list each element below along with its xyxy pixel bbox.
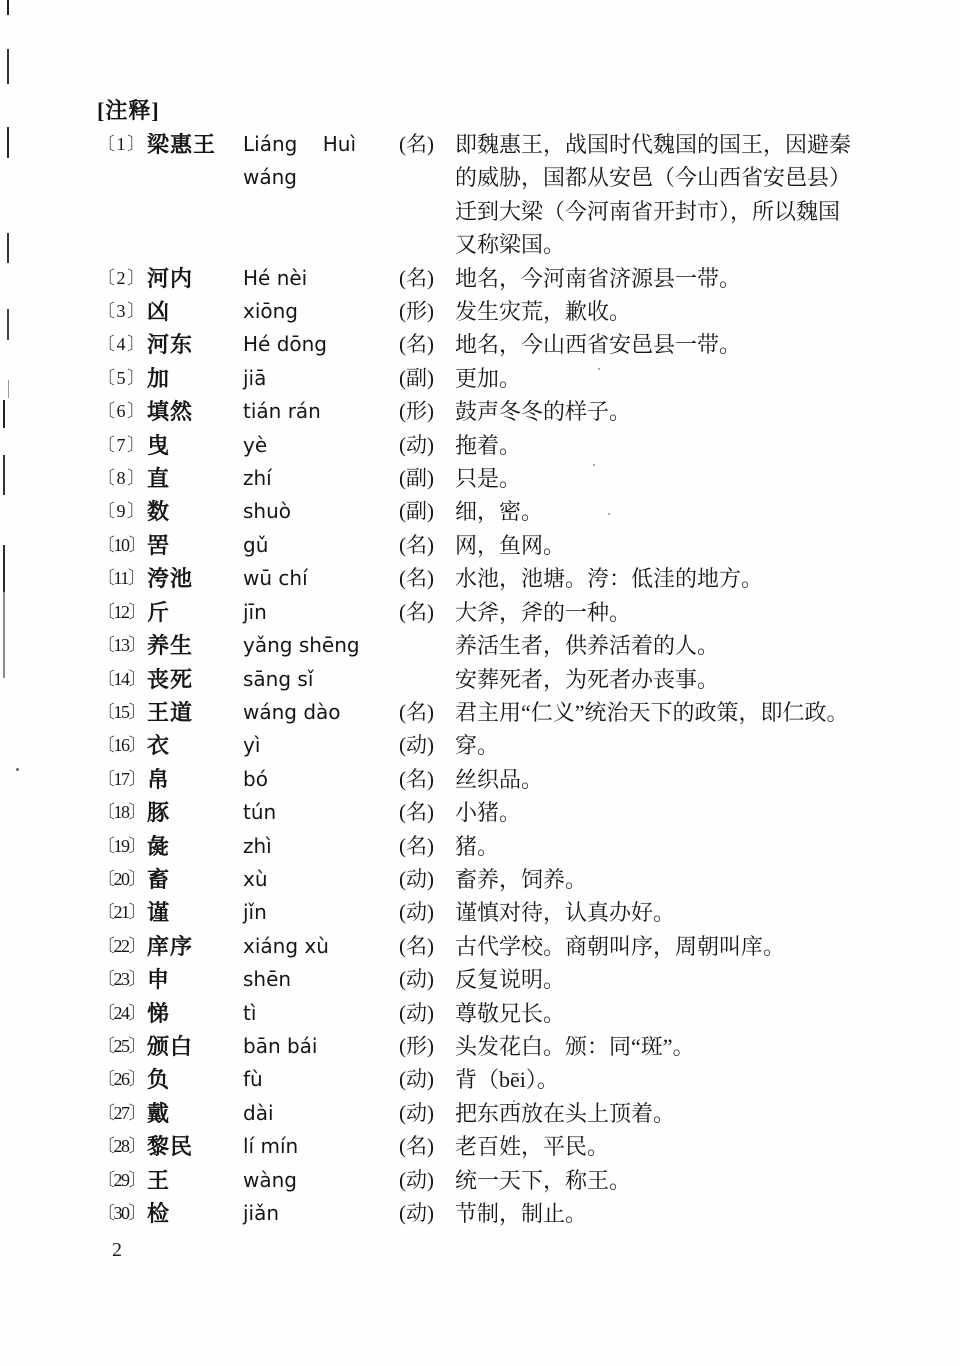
entry-headword: 洿池 bbox=[147, 562, 243, 595]
entry-number: 〔 2 〕 bbox=[97, 262, 147, 295]
entry-headword: 申 bbox=[147, 963, 243, 996]
entry-definition: 网，鱼网。 bbox=[455, 529, 855, 562]
entry-part-of-speech: (动) bbox=[399, 863, 455, 896]
entry-part-of-speech: (名) bbox=[399, 328, 455, 361]
scan-line-mark bbox=[7, 127, 9, 158]
vocabulary-entry-row: 〔23〕 申 shēn (动) 反复说明。 bbox=[97, 963, 863, 996]
entry-headword: 衣 bbox=[147, 729, 243, 762]
entry-pinyin: zhì bbox=[243, 830, 399, 863]
entry-pinyin: lí mín bbox=[243, 1130, 399, 1163]
entry-pinyin: xù bbox=[243, 863, 399, 896]
entry-pinyin: wáng dào bbox=[243, 696, 399, 729]
entry-number: 〔16〕 bbox=[97, 729, 147, 762]
entry-headword: 加 bbox=[147, 362, 243, 395]
entry-definition: 拖着。 bbox=[455, 429, 855, 462]
entry-number: 〔30〕 bbox=[97, 1197, 147, 1230]
vocabulary-entry-row: 〔 5 〕 加 jiā (副) 更加。 bbox=[97, 362, 863, 395]
entry-number: 〔20〕 bbox=[97, 863, 147, 896]
entry-definition: 更加。 bbox=[455, 362, 855, 395]
entry-pinyin: jīn bbox=[243, 596, 399, 629]
entry-part-of-speech: (名) bbox=[399, 830, 455, 863]
entry-part-of-speech: (名) bbox=[399, 763, 455, 796]
entry-pinyin: yǎng shēng bbox=[243, 629, 399, 662]
entry-part-of-speech: (动) bbox=[399, 896, 455, 929]
entry-headword: 颁白 bbox=[147, 1030, 243, 1063]
entry-number: 〔13〕 bbox=[97, 629, 147, 662]
scan-line-mark bbox=[3, 400, 5, 428]
entry-part-of-speech: (副) bbox=[399, 462, 455, 495]
scan-line-mark bbox=[7, 309, 9, 340]
vocabulary-entry-row: 〔12〕 斤 jīn (名) 大斧，斧的一种。 bbox=[97, 596, 863, 629]
entry-headword: 河内 bbox=[147, 262, 243, 295]
entry-headword: 数 bbox=[147, 495, 243, 528]
vocabulary-entry-row: 〔 3 〕 凶 xiōng (形) 发生灾荒，歉收。 bbox=[97, 295, 863, 328]
entry-definition: 背（bēi）。 bbox=[455, 1063, 855, 1096]
entry-part-of-speech: (名) bbox=[399, 529, 455, 562]
entry-definition: 安葬死者，为死者办丧事。 bbox=[455, 663, 855, 696]
vocabulary-entry-row: 〔18〕 豚 tún (名) 小猪。 bbox=[97, 796, 863, 829]
entry-number: 〔18〕 bbox=[97, 796, 147, 829]
entry-headword: 河东 bbox=[147, 328, 243, 361]
notes-section-header: [注释] bbox=[97, 94, 863, 128]
entry-part-of-speech: (形) bbox=[399, 395, 455, 428]
entry-pinyin: xiōng bbox=[243, 295, 399, 328]
entry-part-of-speech: (副) bbox=[399, 495, 455, 528]
scan-line-mark bbox=[7, 233, 9, 263]
entry-pinyin: jiǎn bbox=[243, 1197, 399, 1230]
scan-line-mark bbox=[3, 455, 5, 495]
scanned-textbook-page: [注释] 〔 1 〕 梁惠王 Liáng Huì wáng (名) 即魏惠王，战… bbox=[0, 0, 960, 1366]
entry-number: 〔24〕 bbox=[97, 997, 147, 1030]
entry-number: 〔29〕 bbox=[97, 1164, 147, 1197]
entry-headword: 斤 bbox=[147, 596, 243, 629]
entry-pinyin: bó bbox=[243, 763, 399, 796]
entry-number: 〔27〕 bbox=[97, 1097, 147, 1130]
entry-pinyin: bān bái bbox=[243, 1030, 399, 1063]
entry-part-of-speech: (副) bbox=[399, 362, 455, 395]
vocabulary-entry-row: 〔20〕 畜 xù (动) 畜养，饲养。 bbox=[97, 863, 863, 896]
entry-part-of-speech: (动) bbox=[399, 1063, 455, 1096]
vocabulary-entry-row: 〔10〕 罟 gǔ (名) 网，鱼网。 bbox=[97, 529, 863, 562]
entry-headword: 黎民 bbox=[147, 1130, 243, 1163]
entry-headword: 罟 bbox=[147, 529, 243, 562]
vocabulary-entry-row: 〔16〕 衣 yì (动) 穿。 bbox=[97, 729, 863, 762]
entry-number: 〔 8 〕 bbox=[97, 462, 147, 495]
entry-number: 〔22〕 bbox=[97, 930, 147, 963]
entry-pinyin: Hé dōng bbox=[243, 328, 399, 361]
entry-number: 〔 3 〕 bbox=[97, 295, 147, 328]
entry-definition: 猪。 bbox=[455, 830, 855, 863]
entry-number: 〔28〕 bbox=[97, 1130, 147, 1163]
entry-part-of-speech: (名) bbox=[399, 596, 455, 629]
entry-pinyin: tián rán bbox=[243, 395, 399, 428]
entry-definition: 尊敬兄长。 bbox=[455, 997, 855, 1030]
entry-pinyin: dài bbox=[243, 1097, 399, 1130]
entry-part-of-speech: (动) bbox=[399, 1097, 455, 1130]
scan-line-mark bbox=[8, 380, 9, 398]
vocabulary-entry-row: 〔13〕 养生 yǎng shēng 养活生者，供养活着的人。 bbox=[97, 629, 863, 662]
entry-number: 〔14〕 bbox=[97, 663, 147, 696]
entry-headword: 填然 bbox=[147, 395, 243, 428]
entry-headword: 戴 bbox=[147, 1097, 243, 1130]
entry-pinyin: shēn bbox=[243, 963, 399, 996]
vocabulary-entry-row: 〔 9 〕 数 shuò (副) 细，密。 bbox=[97, 495, 863, 528]
entry-headword: 彘 bbox=[147, 830, 243, 863]
entry-headword: 王 bbox=[147, 1164, 243, 1197]
entry-number: 〔12〕 bbox=[97, 596, 147, 629]
vocabulary-entry-row: 〔 1 〕 梁惠王 Liáng Huì wáng (名) 即魏惠王，战国时代魏国… bbox=[97, 128, 863, 262]
vocabulary-entry-row: 〔14〕 丧死 sāng sǐ 安葬死者，为死者办丧事。 bbox=[97, 663, 863, 696]
entry-pinyin: tún bbox=[243, 796, 399, 829]
entry-headword: 负 bbox=[147, 1063, 243, 1096]
entry-part-of-speech: (动) bbox=[399, 729, 455, 762]
entry-headword: 帛 bbox=[147, 763, 243, 796]
entry-number: 〔 9 〕 bbox=[97, 495, 147, 528]
entry-definition: 谨慎对待，认真办好。 bbox=[455, 896, 855, 929]
entry-headword: 庠序 bbox=[147, 930, 243, 963]
entry-pinyin: yì bbox=[243, 729, 399, 762]
vocabulary-entry-row: 〔30〕 检 jiǎn (动) 节制，制止。 bbox=[97, 1197, 863, 1230]
page-number: 2 bbox=[112, 1238, 122, 1262]
scan-line-mark bbox=[3, 592, 5, 678]
entry-part-of-speech: (名) bbox=[399, 262, 455, 295]
entry-number: 〔17〕 bbox=[97, 763, 147, 796]
vocabulary-entry-row: 〔 8 〕 直 zhí (副) 只是。 bbox=[97, 462, 863, 495]
vocabulary-entry-row: 〔 7 〕 曳 yè (动) 拖着。 bbox=[97, 429, 863, 462]
entry-headword: 丧死 bbox=[147, 663, 243, 696]
entry-part-of-speech: (形) bbox=[399, 295, 455, 328]
entry-definition: 丝织品。 bbox=[455, 763, 855, 796]
vocabulary-entry-row: 〔25〕 颁白 bān bái (形) 头发花白。颁：同“斑”。 bbox=[97, 1030, 863, 1063]
entry-pinyin: jǐn bbox=[243, 896, 399, 929]
vocabulary-entry-row: 〔24〕 悌 tì (动) 尊敬兄长。 bbox=[97, 997, 863, 1030]
entry-part-of-speech: (名) bbox=[399, 796, 455, 829]
entry-definition: 穿。 bbox=[455, 729, 855, 762]
entry-definition: 地名，今山西省安邑县一带。 bbox=[455, 328, 855, 361]
entry-definition: 细，密。 bbox=[455, 495, 855, 528]
entry-headword: 豚 bbox=[147, 796, 243, 829]
entry-pinyin: tì bbox=[243, 997, 399, 1030]
vocabulary-entry-list: 〔 1 〕 梁惠王 Liáng Huì wáng (名) 即魏惠王，战国时代魏国… bbox=[97, 128, 863, 1230]
entry-headword: 直 bbox=[147, 462, 243, 495]
entry-pinyin: sāng sǐ bbox=[243, 663, 399, 696]
scan-speck bbox=[16, 768, 19, 771]
entry-headword: 谨 bbox=[147, 896, 243, 929]
entry-headword: 凶 bbox=[147, 295, 243, 328]
entry-headword: 畜 bbox=[147, 863, 243, 896]
vocabulary-entry-row: 〔22〕 庠序 xiáng xù (名) 古代学校。商朝叫序，周朝叫庠。 bbox=[97, 930, 863, 963]
entry-definition: 头发花白。颁：同“斑”。 bbox=[455, 1030, 855, 1063]
entry-definition: 水池，池塘。洿：低洼的地方。 bbox=[455, 562, 855, 595]
entry-definition: 统一天下，称王。 bbox=[455, 1164, 855, 1197]
entry-part-of-speech: (动) bbox=[399, 997, 455, 1030]
scan-line-mark bbox=[7, 0, 9, 15]
entry-definition: 畜养，饲养。 bbox=[455, 863, 855, 896]
entry-pinyin: shuò bbox=[243, 495, 399, 528]
entry-definition: 节制，制止。 bbox=[455, 1197, 855, 1230]
entry-number: 〔23〕 bbox=[97, 963, 147, 996]
vocabulary-entry-row: 〔29〕 王 wàng (动) 统一天下，称王。 bbox=[97, 1164, 863, 1197]
entry-pinyin: zhí bbox=[243, 462, 399, 495]
entry-definition: 即魏惠王，战国时代魏国的国王，因避秦的威胁，国都从安邑（今山西省安邑县）迁到大梁… bbox=[455, 128, 855, 262]
entry-pinyin: Hé nèi bbox=[243, 262, 399, 295]
entry-headword: 检 bbox=[147, 1197, 243, 1230]
entry-definition: 养活生者，供养活着的人。 bbox=[455, 629, 855, 662]
vocabulary-entry-row: 〔19〕 彘 zhì (名) 猪。 bbox=[97, 830, 863, 863]
entry-pinyin: jiā bbox=[243, 362, 399, 395]
entry-number: 〔10〕 bbox=[97, 529, 147, 562]
vocabulary-entry-row: 〔26〕 负 fù (动) 背（bēi）。 bbox=[97, 1063, 863, 1096]
entry-pinyin: yè bbox=[243, 429, 399, 462]
entry-definition: 只是。 bbox=[455, 462, 855, 495]
entry-definition: 发生灾荒，歉收。 bbox=[455, 295, 855, 328]
entry-definition: 反复说明。 bbox=[455, 963, 855, 996]
entry-number: 〔19〕 bbox=[97, 830, 147, 863]
entry-part-of-speech: (形) bbox=[399, 1030, 455, 1063]
entry-headword: 养生 bbox=[147, 629, 243, 662]
entry-number: 〔 5 〕 bbox=[97, 362, 147, 395]
entry-definition: 古代学校。商朝叫序，周朝叫庠。 bbox=[455, 930, 855, 963]
entry-number: 〔15〕 bbox=[97, 696, 147, 729]
entry-definition: 鼓声冬冬的样子。 bbox=[455, 395, 855, 428]
vocabulary-entry-row: 〔21〕 谨 jǐn (动) 谨慎对待，认真办好。 bbox=[97, 896, 863, 929]
entry-headword: 梁惠王 bbox=[147, 128, 243, 161]
vocabulary-entry-row: 〔11〕 洿池 wū chí (名) 水池，池塘。洿：低洼的地方。 bbox=[97, 562, 863, 595]
vocabulary-entry-row: 〔27〕 戴 dài (动) 把东西放在头上顶着。 bbox=[97, 1097, 863, 1130]
vocabulary-entry-row: 〔 4 〕 河东 Hé dōng (名) 地名，今山西省安邑县一带。 bbox=[97, 328, 863, 361]
entry-part-of-speech: (动) bbox=[399, 429, 455, 462]
entry-headword: 王道 bbox=[147, 696, 243, 729]
entry-part-of-speech: (名) bbox=[399, 1130, 455, 1163]
scan-line-mark bbox=[7, 49, 9, 84]
entry-definition: 老百姓，平民。 bbox=[455, 1130, 855, 1163]
entry-pinyin: wàng bbox=[243, 1164, 399, 1197]
entry-number: 〔 4 〕 bbox=[97, 328, 147, 361]
entry-part-of-speech: (动) bbox=[399, 963, 455, 996]
entry-part-of-speech: (名) bbox=[399, 930, 455, 963]
entry-number: 〔25〕 bbox=[97, 1030, 147, 1063]
entry-pinyin: fù bbox=[243, 1063, 399, 1096]
entry-pinyin: xiáng xù bbox=[243, 930, 399, 963]
entry-number: 〔21〕 bbox=[97, 896, 147, 929]
entry-headword: 曳 bbox=[147, 429, 243, 462]
entry-definition: 地名，今河南省济源县一带。 bbox=[455, 262, 855, 295]
entry-definition: 小猪。 bbox=[455, 796, 855, 829]
entry-definition: 大斧，斧的一种。 bbox=[455, 596, 855, 629]
scan-line-mark bbox=[3, 545, 5, 592]
entry-part-of-speech: (名) bbox=[399, 562, 455, 595]
entry-part-of-speech: (动) bbox=[399, 1164, 455, 1197]
entry-part-of-speech: (动) bbox=[399, 1197, 455, 1230]
entry-definition: 君主用“仁义”统治天下的政策，即仁政。 bbox=[455, 696, 855, 729]
entry-pinyin: Liáng Huì wáng bbox=[243, 128, 399, 195]
entry-definition: 把东西放在头上顶着。 bbox=[455, 1097, 855, 1130]
entry-headword: 悌 bbox=[147, 997, 243, 1030]
entry-pinyin: gǔ bbox=[243, 529, 399, 562]
vocabulary-entry-row: 〔 6 〕 填然 tián rán (形) 鼓声冬冬的样子。 bbox=[97, 395, 863, 428]
entry-pinyin: wū chí bbox=[243, 562, 399, 595]
entry-number: 〔26〕 bbox=[97, 1063, 147, 1096]
entry-number: 〔 7 〕 bbox=[97, 429, 147, 462]
entry-number: 〔 6 〕 bbox=[97, 395, 147, 428]
notes-section: [注释] 〔 1 〕 梁惠王 Liáng Huì wáng (名) 即魏惠王，战… bbox=[97, 94, 863, 1230]
entry-part-of-speech: (名) bbox=[399, 696, 455, 729]
entry-number: 〔11〕 bbox=[97, 562, 147, 595]
entry-number: 〔 1 〕 bbox=[97, 128, 147, 161]
vocabulary-entry-row: 〔17〕 帛 bó (名) 丝织品。 bbox=[97, 763, 863, 796]
vocabulary-entry-row: 〔28〕 黎民 lí mín (名) 老百姓，平民。 bbox=[97, 1130, 863, 1163]
vocabulary-entry-row: 〔15〕 王道 wáng dào (名) 君主用“仁义”统治天下的政策，即仁政。 bbox=[97, 696, 863, 729]
entry-part-of-speech: (名) bbox=[399, 128, 455, 161]
vocabulary-entry-row: 〔 2 〕 河内 Hé nèi (名) 地名，今河南省济源县一带。 bbox=[97, 262, 863, 295]
